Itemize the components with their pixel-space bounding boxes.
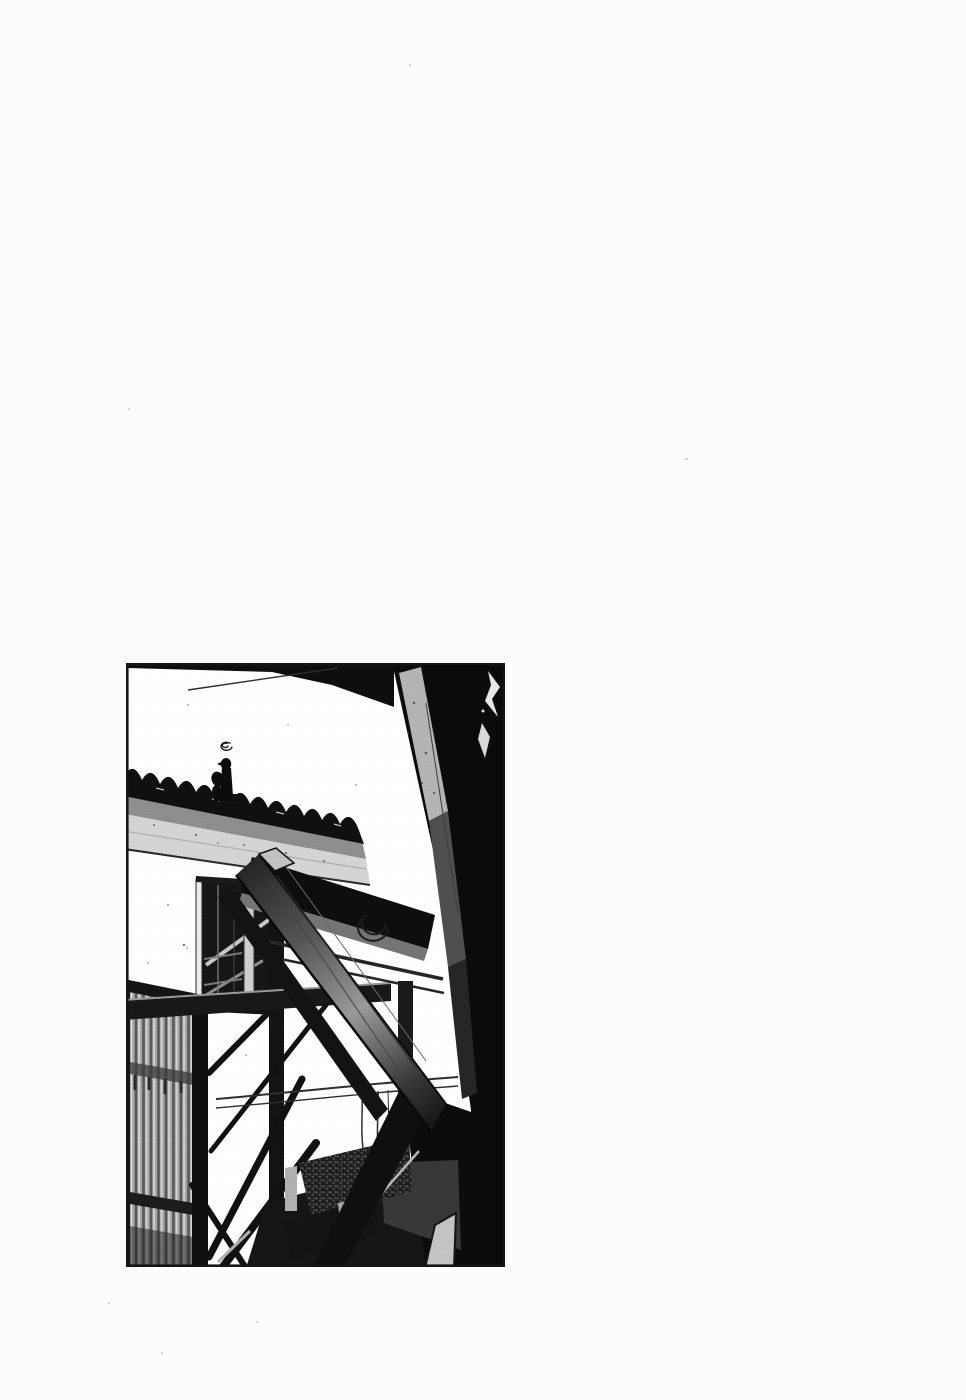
paper-speck — [685, 458, 688, 460]
scene-description: Low-angle view looking up at an old hous… — [0, 0, 1, 1]
paper-speck — [128, 408, 130, 410]
paper-speck — [256, 1321, 258, 1323]
paper-speck — [161, 1352, 163, 1354]
halftone-texture — [126, 663, 505, 1267]
manga-page: Low-angle view looking up at an old hous… — [0, 0, 966, 1400]
paper-speck — [108, 1302, 110, 1304]
manga-panel — [126, 663, 505, 1267]
paper-speck — [409, 64, 411, 66]
panel-art — [126, 663, 505, 1267]
